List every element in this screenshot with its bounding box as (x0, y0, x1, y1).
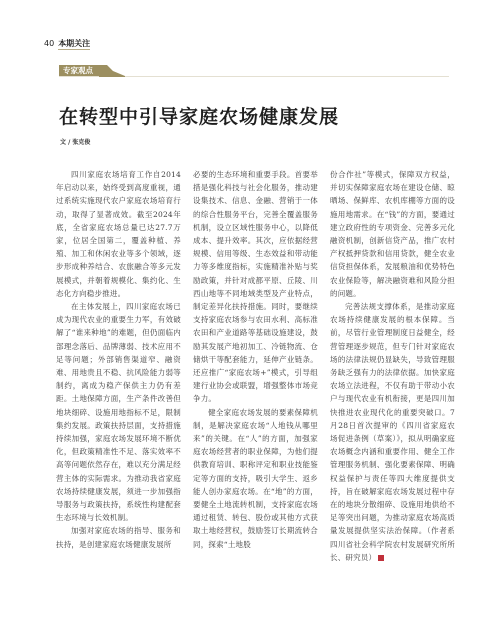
paragraph: 健全家庭农场发展的要素保障机制，是解决家庭农场“人地钱从哪里来”的关键。在“人”… (193, 406, 318, 551)
paragraph: 完善法规支撑体系，是推动家庭农场持续健康发展的根本保障。当前，尽管行业管理制度日… (330, 300, 455, 564)
column-3: 份合作社”等模式，保障双方权益，并切实保障家庭农场在建设仓储、晾晒场、保鲜库、农… (330, 168, 455, 588)
column-1: 四川家庭农场培育工作自2014年启动以来，始终受到高度重视，通过系统实施现代农户… (56, 168, 181, 588)
column-2: 必要的生态环境和重要手段。首要举措是强化科技与社会化服务，推动建设集技术、信息、… (193, 168, 318, 588)
article-body: 四川家庭农场培育工作自2014年启动以来，始终受到高度重视，通过系统实施现代农户… (56, 168, 456, 588)
article-byline: 文 / 张克俊 (60, 137, 90, 146)
article-title: 在转型中引导家庭农场健康发展 (59, 102, 339, 129)
paragraph-text: 完善法规支撑体系，是推动家庭农场持续健康发展的根本保障。当前，尽管行业管理制度日… (330, 302, 455, 562)
paragraph: 四川家庭农场培育工作自2014年启动以来，始终受到高度重视，通过系统实施现代农户… (56, 168, 181, 300)
paragraph: 加强对家庭农场的指导、服务和扶持，是创建家庭农场健康发展所 (56, 524, 181, 550)
end-mark-icon: E (378, 555, 384, 561)
column-banner: 专家观点 (59, 65, 449, 77)
paragraph: 必要的生态环境和重要手段。首要举措是强化科技与社会化服务，推动建设集技术、信息、… (193, 168, 318, 406)
paragraph: 份合作社”等模式，保障双方权益，并切实保障家庭农场在建设仓储、晾晒场、保鲜库、农… (330, 168, 455, 300)
paragraph: 在主体发展上，四川家庭农场已成为现代农业的重要生力军，有效破解了“谁来种地”的难… (56, 300, 181, 524)
banner-tail-shape (99, 65, 125, 77)
page-number: 40 (44, 39, 54, 48)
banner-tag: 专家观点 (59, 65, 99, 76)
page-header: 40 本期关注 (44, 38, 90, 50)
section-label: 本期关注 (58, 38, 90, 50)
